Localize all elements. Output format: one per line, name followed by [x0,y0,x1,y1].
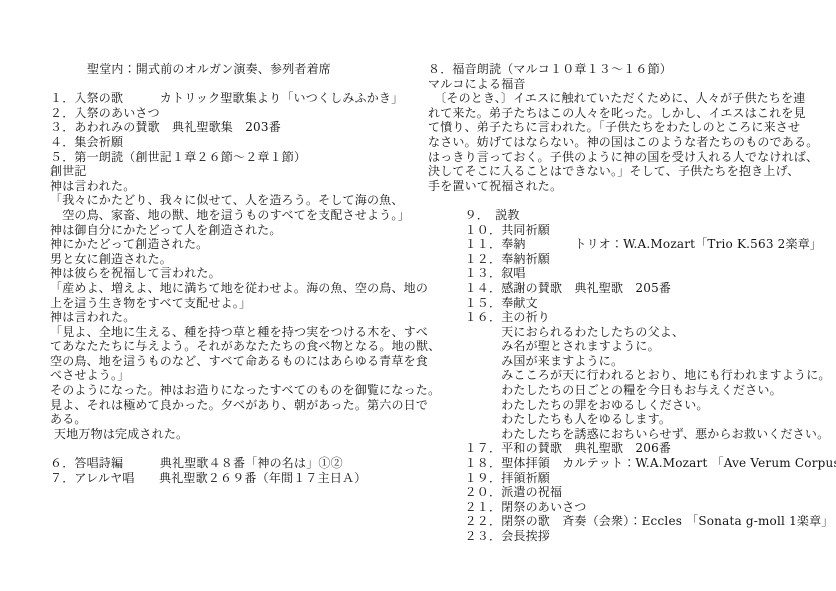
text-line: １６．主の祈り [428,310,830,325]
text-line: なさい。妨げてはならない。神の国はこのような者たちのものである。 [428,135,830,150]
text-line: れて来た。弟子たちはこの人々を叱った。しかし、イエスはこれを見 [428,106,830,121]
text-line: ５．第一朗読（創世記１章２６節～２章１節） [50,150,430,165]
text-line: み国が来ますように。 [428,354,830,369]
text-line: １５．奉献文 [428,296,830,311]
text-line: １．入祭の歌 カトリック聖歌集より「いつくしみふかき」 [50,91,430,106]
text-line: １０．共同祈願 [428,223,830,238]
text-line: マルコによる福音 [428,77,830,92]
text-line: 「産めよ、増えよ、地に満ちて地を従わせよ。海の魚、空の鳥、地の [50,281,430,296]
left-column-lines: １．入祭の歌 カトリック聖歌集より「いつくしみふかき」２．入祭のあいさつ３．あわ… [50,91,430,485]
document-page: 聖堂内：開式前のオルガン演奏、参列者着席 １．入祭の歌 カトリック聖歌集より「い… [0,0,836,591]
text-line: ４．集会祈願 [50,135,430,150]
text-line: 天地万物は完成された。 [50,427,430,442]
text-line: はっきり言っておく。子供のように神の国を受け入れる人でなければ、 [428,150,830,165]
text-line: ２２．閉祭の歌 斉奏（会衆）：Eccles 「Sonata g-moll 1楽章… [428,514,830,529]
text-line: ２３．会長挨拶 [428,529,830,544]
text-line: １３．叙唱 [428,266,830,281]
text-line: ８．福音朗読（マルコ１０章１３～１６節） [428,62,830,77]
text-line: 上を這う生き物をすべて支配せよ。」 [50,296,430,311]
text-line: そのようになった。神はお造りになったすべてのものを御覧になった。 [50,383,430,398]
text-line: ある。 [50,412,430,427]
text-line: み名が聖とされますように。 [428,339,830,354]
text-line: 神は彼らを祝福して言われた。 [50,266,430,281]
text-line: １９．拝領祈願 [428,471,830,486]
text-line: １８．聖体拝領 カルテット：W.A.Mozart 「Ave Verum Corp… [428,456,830,471]
text-line: みこころが天に行われるとおり、地にも行われますように。 [428,368,830,383]
preface-note: 聖堂内：開式前のオルガン演奏、参列者着席 [50,62,430,77]
text-line: ２１．閉祭のあいさつ [428,500,830,515]
text-line: べさせよう。」 [50,368,430,383]
left-column: 聖堂内：開式前のオルガン演奏、参列者着席 １．入祭の歌 カトリック聖歌集より「い… [50,62,430,485]
text-line: 「我々にかたどり、我々に似せて、人を造ろう。そして海の魚、 [50,193,430,208]
text-line: 神は御自分にかたどって人を創造された。 [50,223,430,238]
blank-line [50,77,430,92]
text-line: 空の鳥、地を這うものなど、すべて命あるものにはあらゆる青草を食 [50,354,430,369]
text-line: わたしたちを誘惑におちいらせず、悪からお救いください。 [428,427,830,442]
right-column-lines: ８．福音朗読（マルコ１０章１３～１６節）マルコによる福音 〔そのとき、〕イエスに… [428,62,830,544]
text-line: １７．平和の賛歌 典礼聖歌 206番 [428,441,830,456]
text-line: 神は言われた。 [50,310,430,325]
text-line: 決してそこに入ることはできない。」そして、子供たちを抱き上げ、 [428,164,830,179]
text-line: １２．奉納祈願 [428,252,830,267]
text-line: わたしたちの日ごとの糧を今日もお与えください。 [428,383,830,398]
text-line: ９． 説教 [428,208,830,223]
text-line: わたしたちも人をゆるします。 [428,412,830,427]
text-line: 見よ、それは極めて良かった。夕べがあり、朝があった。第六の日で [50,398,430,413]
blank-line [428,193,830,208]
text-line: ７．アレルヤ唱 典礼聖歌２６９番（年間１７主日Ａ） [50,471,430,486]
text-line: 空の鳥、家畜、地の獣、地を這うものすべてを支配させよう。」 [50,208,430,223]
text-line: 神は言われた。 [50,179,430,194]
text-line: わたしたちの罪をおゆるしください。 [428,398,830,413]
text-line: 男と女に創造された。 [50,252,430,267]
text-line: 天におられるわたしたちの父よ、 [428,325,830,340]
text-line: て憤り、弟子たちに言われた。「子供たちをわたしのところに来させ [428,120,830,135]
text-line: １１．奉納 トリオ：W.A.Mozart「Trio K.563 2楽章」 [428,237,830,252]
text-line: １４．感謝の賛歌 典礼聖歌 205番 [428,281,830,296]
text-line: ６．答唱詩編 典礼聖歌４８番「神の名は」①② [50,456,430,471]
text-line: 手を置いて祝福された。 [428,179,830,194]
right-column: ８．福音朗読（マルコ１０章１３～１６節）マルコによる福音 〔そのとき、〕イエスに… [428,62,830,544]
blank-line [50,441,430,456]
text-line: ２．入祭のあいさつ [50,106,430,121]
text-line: 創世記 [50,164,430,179]
text-line: 〔そのとき、〕イエスに触れていただくために、人々が子供たちを連 [428,91,830,106]
text-line: ２０．派遣の祝福 [428,485,830,500]
text-line: てあなたたちに与えよう。それがあなたたちの食べ物となる。地の獣、 [50,339,430,354]
text-line: 神にかたどって創造された。 [50,237,430,252]
text-line: ３．あわれみの賛歌 典礼聖歌集 203番 [50,120,430,135]
text-line: 「見よ、全地に生える、種を持つ草と種を持つ実をつける木を、すべ [50,325,430,340]
